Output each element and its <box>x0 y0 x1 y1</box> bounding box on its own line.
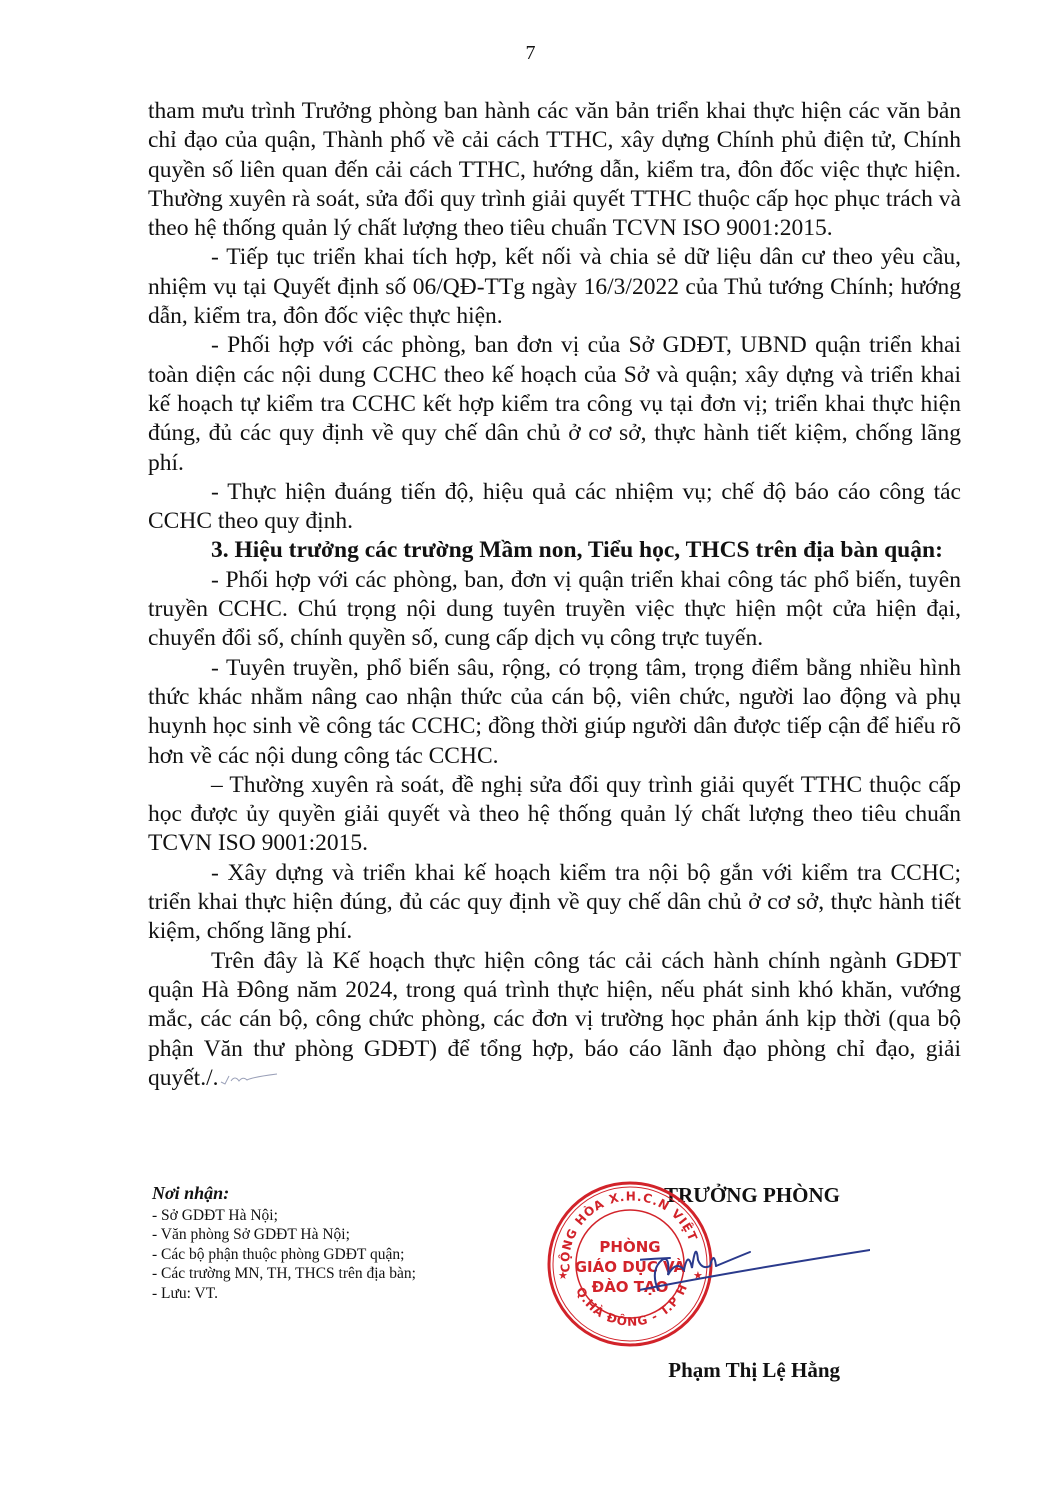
svg-text:★: ★ <box>558 1269 568 1282</box>
document-body: tham mưu trình Trưởng phòng ban hành các… <box>148 97 961 1093</box>
paragraph: – Thường xuyên rà soát, đề nghị sửa đổi … <box>148 771 961 859</box>
initials-mark-icon <box>219 1072 279 1086</box>
recipients-list: Nơi nhận: - Sở GDĐT Hà Nội; - Văn phòng … <box>152 1184 416 1303</box>
paragraph: - Tuyên truyền, phổ biến sâu, rộng, có t… <box>148 654 961 771</box>
closing-text: Trên đây là Kế hoạch thực hiện công tác … <box>148 948 961 1091</box>
recipients-heading: Nơi nhận: <box>152 1184 416 1204</box>
closing-paragraph: Trên đây là Kế hoạch thực hiện công tác … <box>148 947 961 1093</box>
handwritten-signature-icon <box>640 1230 870 1310</box>
signer-name: Phạm Thị Lệ Hằng <box>620 1358 840 1383</box>
recipient-item: - Lưu: VT. <box>152 1284 416 1304</box>
page-number: 7 <box>0 42 1061 65</box>
recipient-item: - Các trường MN, TH, THCS trên địa bàn; <box>152 1264 416 1284</box>
recipient-item: - Văn phòng Sở GDĐT Hà Nội; <box>152 1225 416 1245</box>
paragraph: - Phối hợp với các phòng, ban đơn vị của… <box>148 331 961 477</box>
recipient-item: - Các bộ phận thuộc phòng GDĐT quận; <box>152 1245 416 1265</box>
section-heading: 3. Hiệu trưởng các trường Mầm non, Tiểu … <box>148 536 961 565</box>
paragraph: tham mưu trình Trưởng phòng ban hành các… <box>148 97 961 243</box>
recipient-item: - Sở GDĐT Hà Nội; <box>152 1206 416 1226</box>
paragraph: - Tiếp tục triển khai tích hợp, kết nối … <box>148 243 961 331</box>
paragraph: - Xây dựng và triển khai kế hoạch kiểm t… <box>148 859 961 947</box>
paragraph: - Thực hiện đuáng tiến độ, hiệu quả các … <box>148 478 961 537</box>
paragraph: - Phối hợp với các phòng, ban, đơn vị qu… <box>148 566 961 654</box>
